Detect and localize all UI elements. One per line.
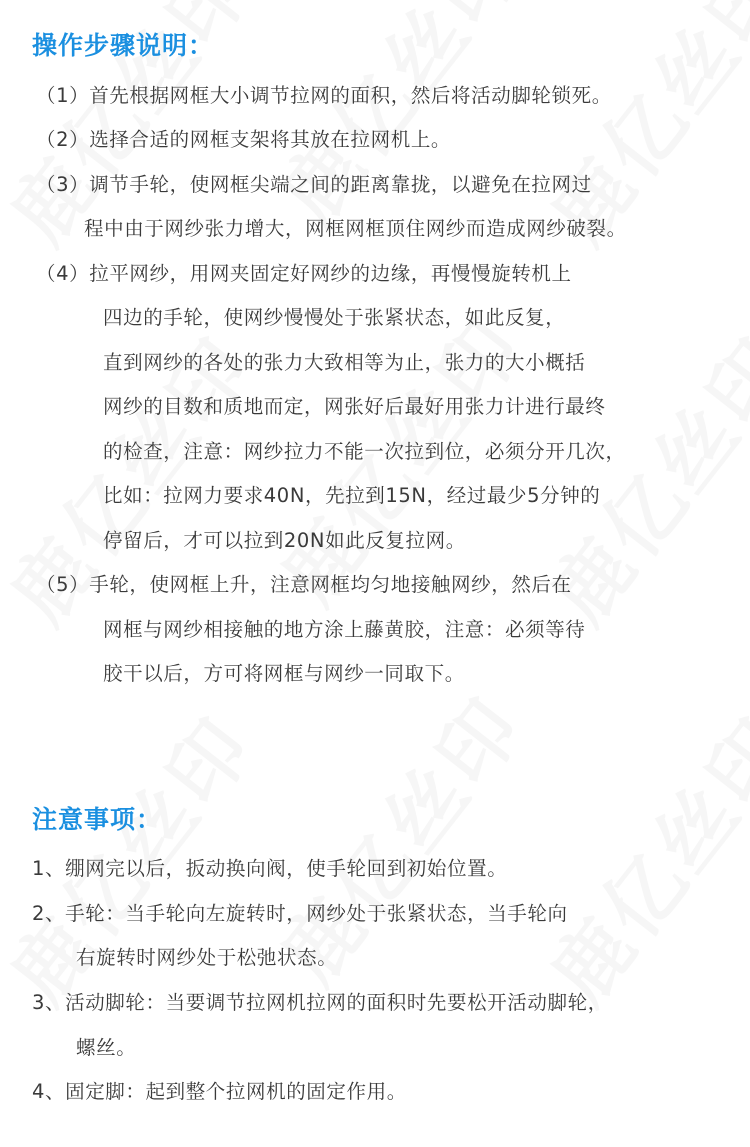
- step-5-line-2: 网框与网纱相接触的地方涂上藤黄胶，注意：必须等待: [103, 614, 585, 642]
- step-4-line-5: 的检查，注意：网纱拉力不能一次拉到位，必须分开几次，: [103, 436, 626, 464]
- step-4-line-4: 网纱的目数和质地而定，网张好后最好用张力计进行最终: [103, 391, 606, 419]
- step-2-line-1: （2）选择合适的网框支架将其放在拉网机上。: [36, 124, 451, 152]
- step-4-line-6: 比如：拉网力要求40N，先拉到15N，经过最少5分钟的: [103, 480, 600, 508]
- note-number: 3、: [32, 987, 65, 1015]
- step-3-line-1: （3）调节手轮，使网框尖端之间的距离靠拢，以避免在拉网过: [36, 169, 592, 197]
- step-4-line-7: 停留后，才可以拉到20N如此反复拉网。: [103, 525, 466, 553]
- note-4-line-1: 4、固定脚：起到整个拉网机的固定作用。: [32, 1076, 407, 1104]
- step-5-line-3: 胶干以后，方可将网框与网纱一同取下。: [103, 658, 465, 686]
- step-number: （2）: [36, 124, 89, 152]
- step-number: （3）: [36, 169, 89, 197]
- step-3-line-2: 程中由于网纱张力增大，网框网框顶住网纱而造成网纱破裂。: [84, 213, 627, 241]
- step-5-line-1: （5）手轮，使网框上升，注意网框均匀地接触网纱，然后在: [36, 569, 572, 597]
- step-4-line-2: 四边的手轮，使网纱慢慢处于张紧状态，如此反复，: [103, 302, 565, 330]
- watermark-text: 鹿亿丝印: [520, 689, 750, 1023]
- note-number: 4、: [32, 1076, 65, 1104]
- note-number: 1、: [32, 853, 65, 881]
- notes-title: 注意事项：: [32, 800, 162, 836]
- step-number: （1）: [36, 80, 89, 108]
- step-1-line-1: （1）首先根据网框大小调节拉网的面积，然后将活动脚轮锁死。: [36, 80, 612, 108]
- step-4-line-3: 直到网纱的各处的张力大致相等为止，张力的大小概括: [103, 347, 585, 375]
- note-3-line-2: 螺丝。: [76, 1032, 136, 1060]
- note-number: 2、: [32, 898, 65, 926]
- note-3-line-1: 3、活动脚轮：当要调节拉网机拉网的面积时先要松开活动脚轮，: [32, 987, 608, 1015]
- operation-steps-title: 操作步骤说明：: [32, 26, 214, 62]
- watermark-text: 鹿亿丝印: [250, 0, 545, 243]
- step-number: （5）: [36, 569, 89, 597]
- note-2-line-1: 2、手轮：当手轮向左旋转时，网纱处于张紧状态，当手轮向: [32, 898, 568, 926]
- step-4-line-1: （4）拉平网纱，用网夹固定好网纱的边缘，再慢慢旋转机上: [36, 258, 572, 286]
- note-1-line-1: 1、绷网完以后，扳动换向阀，使手轮回到初始位置。: [32, 853, 507, 881]
- step-number: （4）: [36, 258, 89, 286]
- note-2-line-2: 右旋转时网纱处于松弛状态。: [76, 942, 337, 970]
